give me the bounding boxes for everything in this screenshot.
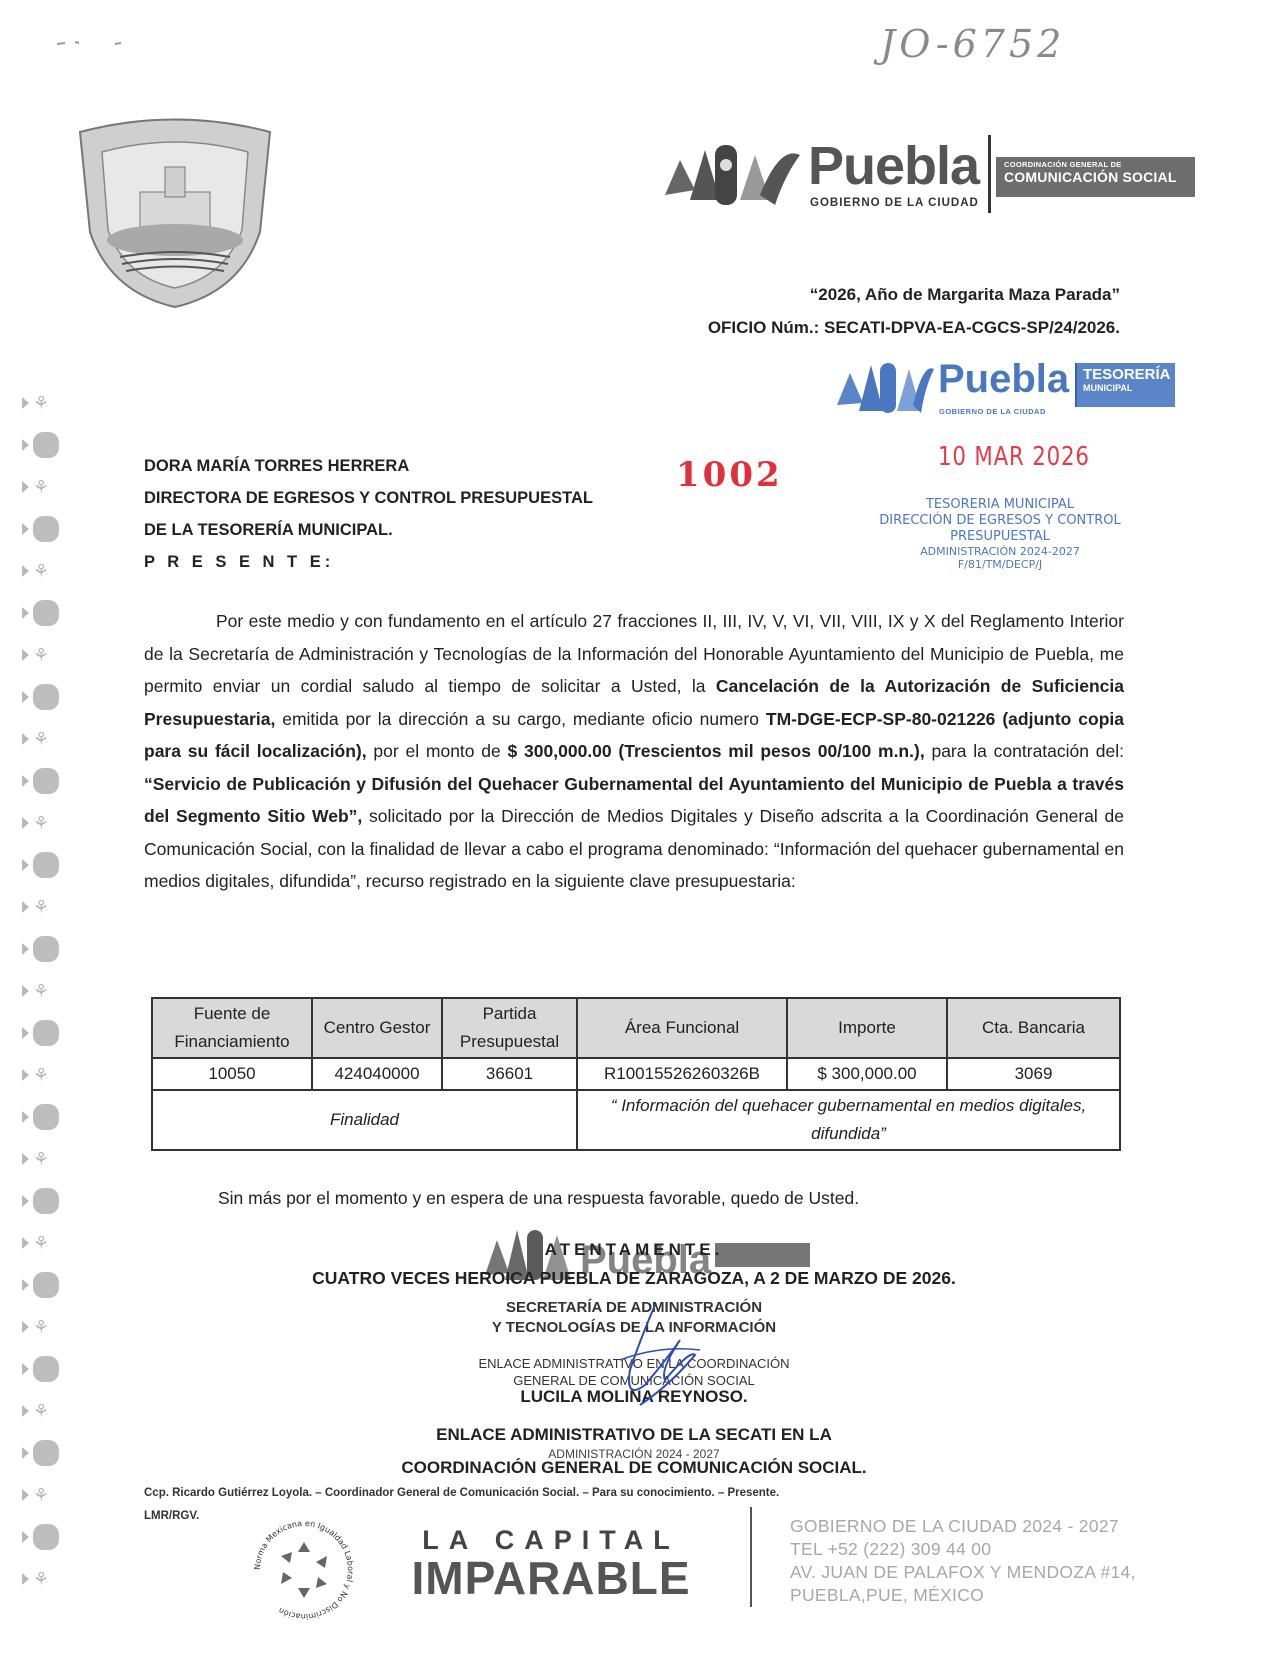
triangle-ornament-icon <box>22 1531 29 1543</box>
logo-divider <box>988 135 991 213</box>
leaf-ornament-icon: ⚘ <box>33 1150 51 1168</box>
finalidad-label: Finalidad <box>152 1090 577 1150</box>
triangle-ornament-icon <box>22 1489 29 1501</box>
body-text: por el monto de <box>367 741 508 761</box>
stamp-subtitle: GOBIERNO DE LA CIUDAD <box>939 407 1046 416</box>
stamp-box-big: TESORERÍA <box>1083 366 1169 383</box>
border-ornament <box>22 511 62 547</box>
flower-ornament-icon <box>33 1188 59 1214</box>
la-capital-imparable-logo: LA CAPITAL IMPARABLE <box>396 1525 706 1600</box>
border-ornament: ⚘ <box>22 553 62 589</box>
flower-ornament-icon <box>33 600 59 626</box>
table-header: Centro Gestor <box>312 998 442 1058</box>
atentamente-label: ATENTAMENTE. <box>0 1240 1268 1260</box>
triangle-ornament-icon <box>22 523 29 535</box>
triangle-ornament-icon <box>22 481 29 493</box>
leaf-ornament-icon: ⚘ <box>33 394 51 412</box>
border-ornament: ⚘ <box>22 1477 62 1513</box>
triangle-ornament-icon <box>22 901 29 913</box>
presente-label: P R E S E N T E: <box>144 546 593 578</box>
border-ornament <box>22 1519 62 1555</box>
addressee-block: DORA MARÍA TORRES HERRERA DIRECTORA DE E… <box>144 450 593 578</box>
table-cell: 424040000 <box>312 1058 442 1090</box>
footer-city: PUEBLA,PUE, MÉXICO <box>790 1584 1136 1607</box>
handwritten-reference: JO-6752 <box>880 22 1065 66</box>
triangle-ornament-icon <box>22 565 29 577</box>
triangle-ornament-icon <box>22 1195 29 1207</box>
flower-ornament-icon <box>33 516 59 542</box>
leaf-ornament-icon: ⚘ <box>33 730 51 748</box>
budget-key-table: Fuente de Financiamiento Centro Gestor P… <box>151 997 1121 1151</box>
received-date-stamp: 10 MAR 2026 <box>938 442 1090 472</box>
addressee-name: DORA MARÍA TORRES HERRERA <box>144 450 593 482</box>
triangle-ornament-icon <box>22 1069 29 1081</box>
puebla-emblem-icon <box>660 135 805 215</box>
table-cell: 36601 <box>442 1058 577 1090</box>
border-ornament: ⚘ <box>22 637 62 673</box>
folio-number: 1002 <box>676 455 783 495</box>
logo-box-big: COMUNICACIÓN SOCIAL <box>1004 169 1187 185</box>
stamp-line: ADMINISTRACIÓN 2024-2027 <box>850 545 1150 558</box>
leaf-ornament-icon: ⚘ <box>33 1066 51 1084</box>
border-ornament: ⚘ <box>22 469 62 505</box>
triangle-ornament-icon <box>22 649 29 661</box>
table-cell: $ 300,000.00 <box>787 1058 947 1090</box>
leaf-ornament-icon: ⚘ <box>33 814 51 832</box>
border-ornament: ⚘ <box>22 973 62 1009</box>
border-ornament <box>22 1099 62 1135</box>
puebla-comunicacion-logo: Puebla GOBIERNO DE LA CIUDAD COORDINACIÓ… <box>660 135 1195 220</box>
flower-ornament-icon <box>33 432 59 458</box>
place-and-date: CUATRO VECES HEROICA PUEBLA DE ZARAGOZA,… <box>0 1268 1268 1289</box>
border-ornament <box>22 679 62 715</box>
svg-text:Norma Mexicana en Igualdad Lab: Norma Mexicana en Igualdad Laboral y No … <box>253 1519 355 1621</box>
closing-line: Sin más por el momento y en espera de un… <box>218 1188 859 1209</box>
footer-address: AV. JUAN DE PALAFOX Y MENDOZA #14, <box>790 1561 1136 1584</box>
triangle-ornament-icon <box>22 397 29 409</box>
addressee-title: DE LA TESORERÍA MUNICIPAL. <box>144 514 593 546</box>
flower-ornament-icon <box>33 936 59 962</box>
body-text: para la contratación del: <box>925 741 1124 761</box>
body-bold: $ 300,000.00 (Trescientos mil pesos 00/1… <box>508 741 925 761</box>
logo-subtitle: GOBIERNO DE LA CIUDAD <box>810 197 979 209</box>
flower-ornament-icon <box>33 852 59 878</box>
leaf-ornament-icon: ⚘ <box>33 478 51 496</box>
received-stamp-text: TESORERIA MUNICIPAL DIRECCIÓN DE EGRESOS… <box>850 497 1150 571</box>
triangle-ornament-icon <box>22 1111 29 1123</box>
logo-wordmark: Puebla <box>808 135 979 197</box>
border-ornament: ⚘ <box>22 1561 62 1597</box>
reference-initials: LMR/RGV. <box>144 1510 199 1522</box>
stamp-line: DIRECCIÓN DE EGRESOS Y CONTROL <box>850 513 1150 529</box>
border-ornament: ⚘ <box>22 721 62 757</box>
border-ornament: ⚘ <box>22 889 62 925</box>
stamp-line: TESORERIA MUNICIPAL <box>850 497 1150 513</box>
leaf-ornament-icon: ⚘ <box>33 982 51 1000</box>
table-header: Cta. Bancaria <box>947 998 1120 1058</box>
triangle-ornament-icon <box>22 1027 29 1039</box>
border-ornament <box>22 847 62 883</box>
flower-ornament-icon <box>33 768 59 794</box>
leaf-ornament-icon: ⚘ <box>33 646 51 664</box>
triangle-ornament-icon <box>22 691 29 703</box>
stamp-line: F/81/TM/DECP/J <box>850 558 1150 571</box>
border-ornament: ⚘ <box>22 385 62 421</box>
border-ornament: ⚘ <box>22 805 62 841</box>
logo-box-small: COORDINACIÓN GENERAL DE <box>1004 160 1187 169</box>
leaf-ornament-icon: ⚘ <box>33 898 51 916</box>
table-cell: R10015526260326B <box>577 1058 787 1090</box>
border-ornament <box>22 931 62 967</box>
table-cell: 3069 <box>947 1058 1120 1090</box>
table-header: Fuente de Financiamiento <box>152 998 312 1058</box>
footer-line: GOBIERNO DE LA CIUDAD 2024 - 2027 <box>790 1515 1136 1538</box>
table-header: Partida Presupuestal <box>442 998 577 1058</box>
triangle-ornament-icon <box>22 943 29 955</box>
flower-ornament-icon <box>33 1524 59 1550</box>
leaf-ornament-icon: ⚘ <box>33 1570 51 1588</box>
city-crest-logo <box>60 112 290 312</box>
oficio-number: OFICIO Núm.: SECATI-DPVA-EA-CGCS-SP/24/2… <box>708 318 1120 338</box>
logo-department-box: COORDINACIÓN GENERAL DE COMUNICACIÓN SOC… <box>996 157 1195 197</box>
table-cell: 10050 <box>152 1058 312 1090</box>
year-slogan: “2026, Año de Margarita Maza Parada” <box>810 285 1120 305</box>
norma-igualdad-laboral-seal: Norma Mexicana en Igualdad Laboral y No … <box>252 1518 356 1622</box>
stamp-box-small: MUNICIPAL <box>1083 383 1169 393</box>
footer-phone: TEL +52 (222) 309 44 00 <box>790 1538 1136 1561</box>
triangle-ornament-icon <box>22 607 29 619</box>
border-ornament: ⚘ <box>22 1141 62 1177</box>
stamp-emblem-icon <box>835 355 935 419</box>
triangle-ornament-icon <box>22 733 29 745</box>
carbon-copy-line: Ccp. Ricardo Gutiérrez Loyola. – Coordin… <box>144 1487 779 1499</box>
border-ornament <box>22 1015 62 1051</box>
stamp-line: PRESUPUESTAL <box>850 529 1150 545</box>
table-finalidad-row: Finalidad “ Información del quehacer gub… <box>152 1090 1120 1150</box>
table-row: 10050 424040000 36601 R10015526260326B $… <box>152 1058 1120 1090</box>
leaf-ornament-icon: ⚘ <box>33 562 51 580</box>
border-ornament <box>22 595 62 631</box>
body-text: emitida por la dirección a su cargo, med… <box>275 709 766 729</box>
tesoreria-stamp-logo: Puebla GOBIERNO DE LA CIUDAD TESORERÍA M… <box>835 355 1175 425</box>
triangle-ornament-icon <box>22 859 29 871</box>
handwritten-signature <box>600 1300 720 1410</box>
border-ornament <box>22 763 62 799</box>
leaf-ornament-icon: ⚘ <box>33 1486 51 1504</box>
triangle-ornament-icon <box>22 817 29 829</box>
stamp-wordmark: Puebla <box>938 357 1069 402</box>
table-header: Importe <box>787 998 947 1058</box>
finalidad-value: “ Información del quehacer gubernamental… <box>577 1090 1120 1150</box>
border-ornament: ⚘ <box>22 1057 62 1093</box>
addressee-title: DIRECTORA DE EGRESOS Y CONTROL PRESUPUES… <box>144 482 593 514</box>
footer-divider <box>750 1507 752 1607</box>
capital-bottom-text: IMPARABLE <box>396 1556 706 1600</box>
triangle-ornament-icon <box>22 1153 29 1165</box>
footer-contact-info: GOBIERNO DE LA CIUDAD 2024 - 2027 TEL +5… <box>790 1515 1136 1607</box>
flower-ornament-icon <box>33 684 59 710</box>
stamp-department-box: TESORERÍA MUNICIPAL <box>1075 363 1175 407</box>
scan-mark <box>55 38 135 48</box>
border-ornament <box>22 1183 62 1219</box>
signer-role: ENLACE ADMINISTRATIVO DE LA SECATI EN LA <box>0 1425 1268 1445</box>
flower-ornament-icon <box>33 1104 59 1130</box>
flower-ornament-icon <box>33 1020 59 1046</box>
triangle-ornament-icon <box>22 775 29 787</box>
border-ornament <box>22 427 62 463</box>
table-header-row: Fuente de Financiamiento Centro Gestor P… <box>152 998 1120 1058</box>
triangle-ornament-icon <box>22 439 29 451</box>
triangle-ornament-icon <box>22 1573 29 1585</box>
table-header: Área Funcional <box>577 998 787 1058</box>
body-paragraph: Por este medio y con fundamento en el ar… <box>144 605 1124 898</box>
triangle-ornament-icon <box>22 985 29 997</box>
signer-role: COORDINACIÓN GENERAL DE COMUNICACIÓN SOC… <box>0 1458 1268 1478</box>
